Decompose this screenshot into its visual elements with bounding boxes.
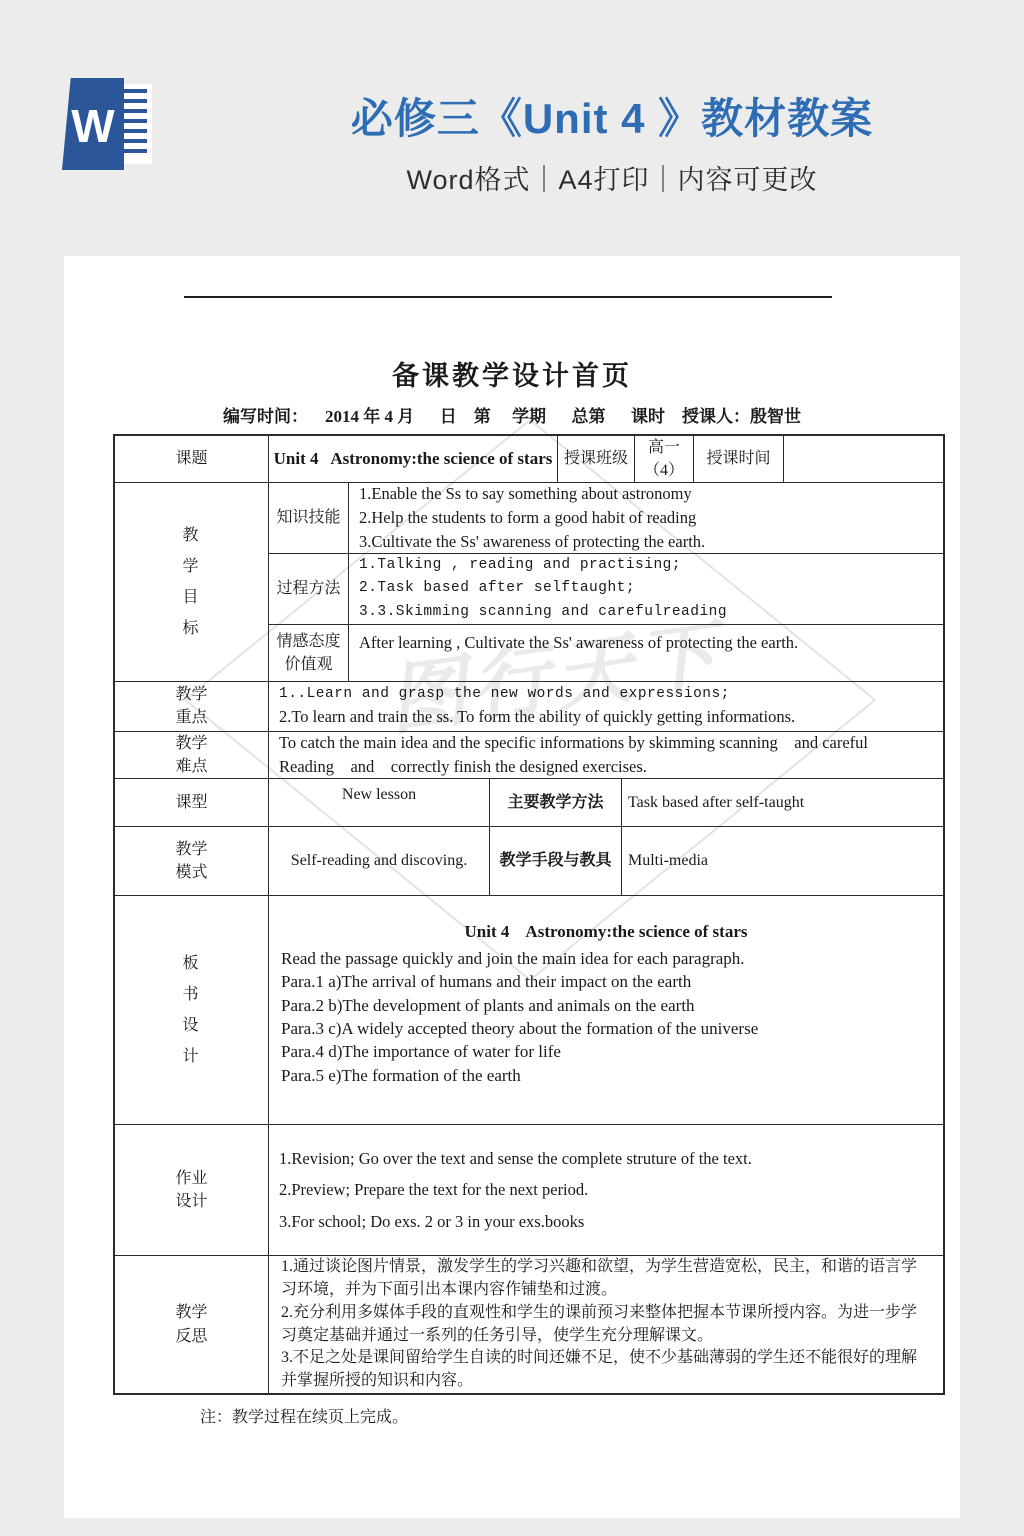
board-lines: Read the passage quickly and join the ma… [281,947,931,1088]
tools-value: Multi-media [622,827,714,895]
word-icon: W [62,78,154,170]
document-title: 备课教学设计首页 [64,354,960,393]
teaching-method-value: Task based after self-taught [622,779,810,826]
subrow-emotion: 情感态度 价值观 After learning , Cultivate the … [269,625,943,681]
keypoints-line1: 1..Learn and grasp the new words and exp… [279,684,730,705]
table-row-objectives: 教 学 目 标 知识技能 1.Enable the Ss to say some… [115,483,943,682]
process-label: 过程方法 [269,554,349,624]
word-icon-panel: W [62,78,124,170]
mode-label: 教学 模式 [115,827,269,895]
mode-value: Self-reading and discoving. [269,827,490,895]
difficulties-label: 教学 难点 [115,732,269,778]
header: W 必修三《Unit 4 》教材教案 Word格式｜A4打印｜内容可更改 [0,0,1024,256]
knowledge-text: 1.Enable the Ss to say something about a… [349,483,943,553]
objectives-subrows: 知识技能 1.Enable the Ss to say something ab… [269,483,943,681]
process-text: 1.Talking , reading and practising; 2.Ta… [349,554,943,624]
lesson-plan-table: 课题 Unit 4 Astronomy:the science of stars… [113,434,945,1395]
emotion-label: 情感态度 价值观 [269,625,349,681]
class-label: 授课班级 [558,436,635,482]
keypoints-line2: 2.To learn and train the ss. To form the… [279,705,795,729]
topic-label: 课题 [115,436,269,482]
subrow-process: 过程方法 1.Talking , reading and practising;… [269,554,943,625]
homework-label: 作业 设计 [115,1125,269,1255]
time-label: 授课时间 [694,436,784,482]
lesson-type-label: 课型 [115,779,269,826]
meta-line: 编写时间： 2014 年 4 月 日 第 学期 总第 课时 授课人：殷智世 [64,402,960,427]
table-row-reflection: 教学 反思 1.通过谈论图片情景，激发学生的学习兴趣和欲望，为学生营造宽松，民主… [115,1256,943,1393]
page-subtitle: Word格式｜A4打印｜内容可更改 [200,158,1024,197]
reflection-text: 1.通过谈论图片情景，激发学生的学习兴趣和欲望，为学生营造宽松，民主，和谐的语言… [269,1256,943,1393]
table-row-mode: 教学 模式 Self-reading and discoving. 教学手段与教… [115,827,943,896]
board-content: Unit 4 Astronomy:the science of stars Re… [269,896,943,1124]
difficulties-text: To catch the main idea and the specific … [269,732,943,778]
time-value [784,436,943,482]
table-row-homework: 作业 设计 1.Revision; Go over the text and s… [115,1125,943,1256]
keypoints-label: 教学 重点 [115,682,269,731]
board-label: 板 书 设 计 [115,896,269,1124]
board-title: Unit 4 Astronomy:the science of stars [281,920,931,945]
keypoints-text: 1..Learn and grasp the new words and exp… [269,682,943,731]
teaching-method-label: 主要教学方法 [490,779,622,826]
lesson-type-value: New lesson [269,779,490,826]
topic-value: Unit 4 Astronomy:the science of stars [269,436,558,482]
tools-label: 教学手段与教具 [490,827,622,895]
word-icon-letter: W [71,95,114,153]
reflection-label: 教学 反思 [115,1256,269,1393]
page-title: 必修三《Unit 4 》教材教案 [200,86,1024,146]
footnote: 注：教学过程在续页上完成。 [200,1404,408,1427]
subrow-knowledge: 知识技能 1.Enable the Ss to say something ab… [269,483,943,554]
homework-text: 1.Revision; Go over the text and sense t… [269,1125,943,1255]
table-row-topic: 课题 Unit 4 Astronomy:the science of stars… [115,436,943,483]
table-row-board: 板 书 设 计 Unit 4 Astronomy:the science of … [115,896,943,1125]
table-row-lesson-type: 课型 New lesson 主要教学方法 Task based after se… [115,779,943,827]
top-rule [184,296,832,298]
class-value: 高一 （4） [635,436,694,482]
objectives-label: 教 学 目 标 [115,483,269,681]
knowledge-label: 知识技能 [269,483,349,553]
table-row-difficulties: 教学 难点 To catch the main idea and the spe… [115,732,943,779]
document-page: 图行天下 备课教学设计首页 编写时间： 2014 年 4 月 日 第 学期 总第… [64,256,960,1518]
header-text: 必修三《Unit 4 》教材教案 Word格式｜A4打印｜内容可更改 [200,86,1024,197]
emotion-text: After learning , Cultivate the Ss' aware… [349,625,943,681]
table-row-keypoints: 教学 重点 1..Learn and grasp the new words a… [115,682,943,732]
